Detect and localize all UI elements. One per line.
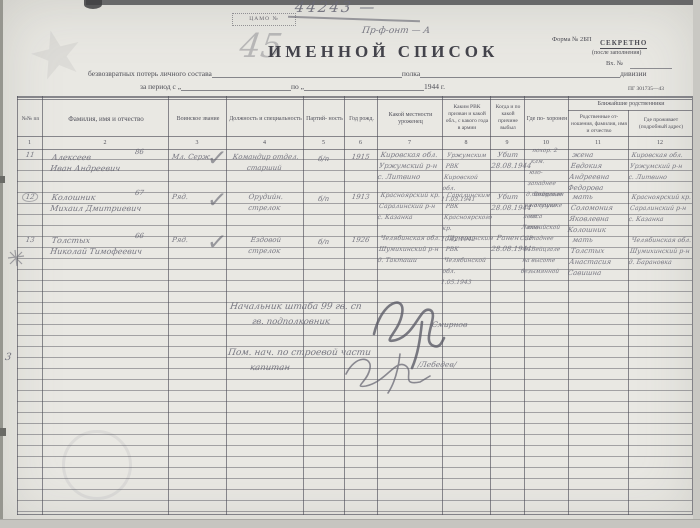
row-year: 1926 xyxy=(345,235,376,246)
margin-note: 3 xyxy=(4,352,12,363)
scan-edge-top xyxy=(86,0,700,5)
scanned-document: ★ ЦАМО № 44243 — 45 Пр-ф-онт — А ИМЕННОЙ… xyxy=(0,0,700,528)
secrecy-note: (после заполнения) xyxy=(592,50,641,56)
col-group-relatives: Ближайшие родственники xyxy=(569,97,693,111)
col-number: 8 xyxy=(442,137,490,149)
pencil-scribble xyxy=(6,248,26,268)
subtitle-regiment-label: полка xyxy=(402,69,420,78)
print-code: ПГ 301735—43 xyxy=(628,86,664,92)
row-fate: Убит 28.08.1944 xyxy=(490,150,523,172)
subtitle-line-2: за период с „ по „ 1944 г. xyxy=(140,82,540,91)
signature-2 xyxy=(342,350,432,394)
col-header-fate: Когда и по какой причине выбыл xyxy=(491,98,525,138)
period-to-label: по „ xyxy=(291,82,304,91)
row-name: Алексеев Иван Андреевич xyxy=(49,152,168,174)
pencil-mark: 86 xyxy=(134,148,144,156)
col-header-address: Где проживает (подробный адрес) xyxy=(629,111,693,137)
signature-name-1: Смирнов xyxy=(431,320,468,329)
page-title: ИМЕННОЙ СПИСОК xyxy=(268,42,498,62)
scan-nick xyxy=(0,176,5,183)
col-header-grave: Где по- хоронен xyxy=(525,100,569,138)
signature-name-2: /Лебедев/ xyxy=(417,360,457,369)
subtitle-lead: безвозвратных потерь личного состава xyxy=(88,69,212,78)
scan-edge-bottom xyxy=(0,519,700,528)
row-year: 1913 xyxy=(345,192,376,203)
signature-rank-2: капитан xyxy=(249,363,290,373)
signature-role-1: Начальник штаба 99 гв. сп xyxy=(229,302,362,312)
row-born: Челябинская обл. Шумихинский р-н д. Такт… xyxy=(377,233,443,266)
row-duty: Орудийн. стрелок xyxy=(227,192,302,214)
row-duty: Командир отдел. старший xyxy=(227,152,302,174)
row-party: б/п xyxy=(304,237,343,248)
archive-stamp-number: 44243 — xyxy=(294,0,378,16)
col-number: 4 xyxy=(226,137,303,149)
col-number: 7 xyxy=(377,137,442,149)
row-party: б/п xyxy=(304,194,343,205)
row-address: Челябинская обл. Шумихинский р-н д. Бара… xyxy=(628,235,693,268)
row-year: 1915 xyxy=(345,152,376,163)
subtitle-division-label: дивизии xyxy=(620,69,646,78)
period-year: 1944 г. xyxy=(424,82,445,91)
scan-edge-right xyxy=(693,0,700,528)
archive-stamp: ЦАМО № xyxy=(232,13,296,26)
col-header-rank: Воинское звание xyxy=(169,100,227,138)
row-address: Красноярский кр. Саралинский р-н с. Каза… xyxy=(628,192,693,225)
col-number: 9 xyxy=(490,137,524,149)
row-rvk: Шумихинским РВК Челябинской обл. 1.05.19… xyxy=(440,233,492,288)
handwritten-annotation: Пр-ф-онт — А xyxy=(361,26,431,36)
row-name: Толстых Николай Тимофеевич xyxy=(49,235,168,257)
row-duty: Ездовой стрелок xyxy=(227,235,302,257)
col-number: 11 xyxy=(568,137,628,149)
col-number: 12 xyxy=(628,137,692,149)
col-number: 2 xyxy=(42,137,168,149)
archive-stamp-underline xyxy=(288,16,420,23)
row-kin: мать Соломония Яковлевна Колошник xyxy=(567,192,629,236)
row-kin: жена Евдокия Андреевна Федорова xyxy=(567,150,629,194)
signature-rank-1: гв. подполковник xyxy=(251,317,330,327)
row-fate: Ранен 28.08.1944 xyxy=(490,233,523,255)
col-header-no: №№ пп xyxy=(18,100,43,138)
scan-edge-blob xyxy=(84,0,102,9)
col-number: 1 xyxy=(17,137,42,149)
col-header-duty: Должность и специальность xyxy=(227,100,304,138)
col-rule xyxy=(692,96,693,515)
scan-edge-left xyxy=(0,0,3,528)
subtitle-line-1: безвозвратных потерь личного состава пол… xyxy=(88,69,692,78)
col-number: 6 xyxy=(344,137,377,149)
secrecy-label: СЕКРЕТНО xyxy=(600,39,647,49)
period-from-label: за период с „ xyxy=(140,82,181,91)
row-number: 13 xyxy=(18,235,42,246)
scan-nick xyxy=(0,428,6,436)
incoming-number-label: Вх. № xyxy=(606,60,623,67)
table-bottom-rule xyxy=(17,514,692,515)
row-born: Красноярский кр. Саралинский р-н с. Каза… xyxy=(377,190,443,223)
row-party: б/п xyxy=(304,154,343,165)
form-number: Форма № 2БП xyxy=(552,36,592,43)
check-mark: ✓ xyxy=(206,143,229,173)
col-header-born: Какой местности уроженец xyxy=(378,100,443,138)
row-address: Кировская обл. Уржумский р-н с. Литвино xyxy=(628,150,693,183)
check-mark: ✓ xyxy=(206,185,229,215)
row-number: 12 xyxy=(18,192,42,203)
col-header-name: Фамилия, имя и отчество xyxy=(43,100,169,138)
check-mark: ✓ xyxy=(206,227,229,257)
row-kin: мать Толстых Анастасия Савишна xyxy=(567,235,629,279)
row-fate: Убит 28.08.1944 xyxy=(490,192,523,214)
row-name: Колошник Михаил Дмитриевич xyxy=(49,192,168,214)
row-born: Кировская обл. Уржумский р-н с. Литвино xyxy=(377,150,443,183)
col-header-kin: Родственные от- ношения, фамилия, имя и … xyxy=(569,111,629,137)
col-header-rvk: Каким РВК призван и какой обл., с какого… xyxy=(443,98,491,138)
row-number: 11 xyxy=(18,150,42,161)
star-watermark: ★ xyxy=(20,12,94,98)
col-header-party: Партий- ность xyxy=(304,100,345,138)
pencil-mark: 66 xyxy=(134,232,144,240)
pencil-mark: 67 xyxy=(134,189,144,197)
col-number: 5 xyxy=(303,137,344,149)
col-header-year: Год рожд. xyxy=(345,100,378,138)
